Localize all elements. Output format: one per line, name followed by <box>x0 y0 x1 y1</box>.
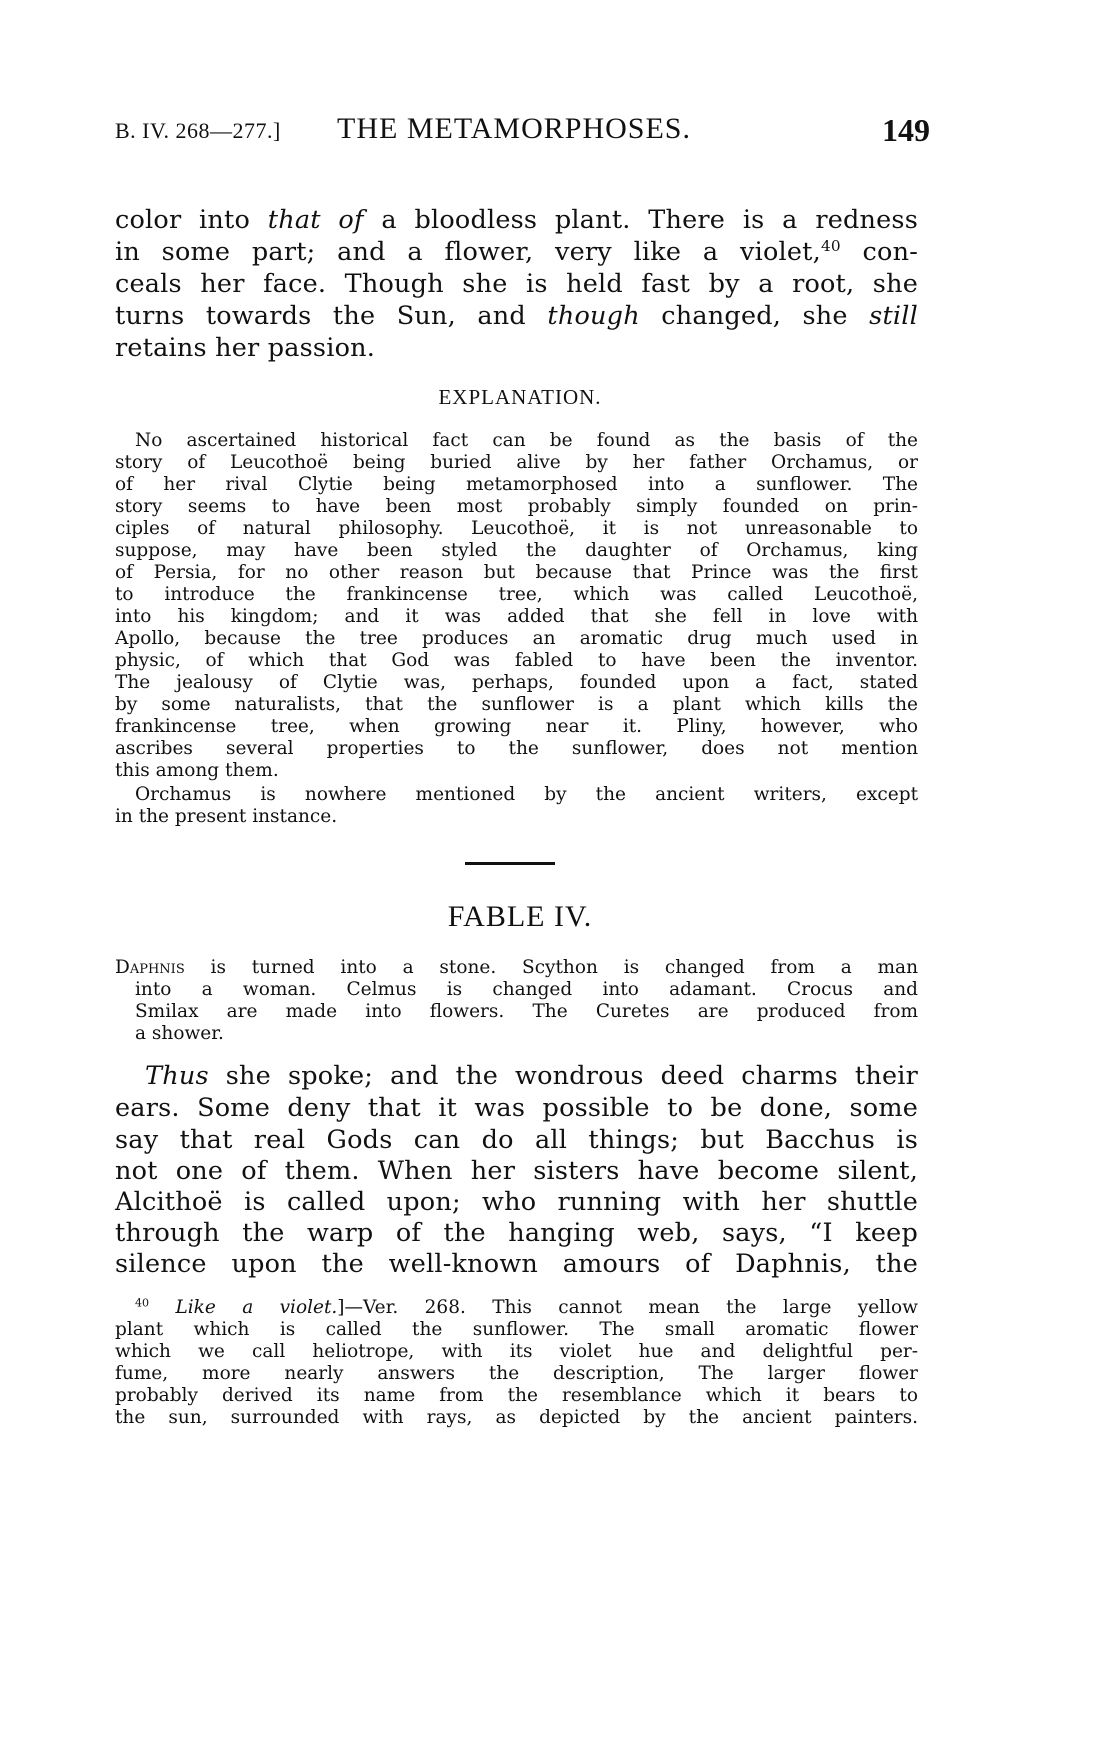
text-line: Thus she spoke; and the wondrous deed ch… <box>145 1060 918 1092</box>
text-line: through the warp of the hanging web, say… <box>115 1217 918 1249</box>
text-line: retains her passion. <box>115 332 918 364</box>
explanation-line: story of Leucothoë being buried alive by… <box>115 452 918 474</box>
explanation-line: to introduce the frankincense tree, whic… <box>115 584 918 606</box>
running-head: B. IV. 268—277.] THE METAMORPHOSES. 149 <box>115 112 930 152</box>
text-line: Alcithoë is called upon; who running wit… <box>115 1186 918 1218</box>
explanation-line: physic, of which that God was fabled to … <box>115 650 918 672</box>
explanation-line: suppose, may have been styled the daught… <box>115 540 918 562</box>
explanation-line: Orchamus is nowhere mentioned by the anc… <box>135 784 918 806</box>
explanation-line: by some naturalists, that the sunflower … <box>115 694 918 716</box>
book-line-reference: B. IV. 268—277.] <box>115 118 281 144</box>
footnote-number: 40 <box>135 1296 149 1309</box>
footnote-line: 40 Like a violet.]—Ver. 268. This cannot… <box>135 1297 918 1319</box>
book-page: B. IV. 268—277.] THE METAMORPHOSES. 149 … <box>0 0 1109 1749</box>
summary-line: a shower. <box>135 1023 918 1045</box>
summary-line: into a woman. Celmus is changed into ada… <box>135 979 918 1001</box>
footnote-reference[interactable]: 40 <box>821 237 841 255</box>
footnote-line: the sun, surrounded with rays, as depict… <box>115 1407 918 1429</box>
text-line: ears. Some deny that it was possible to … <box>115 1092 918 1124</box>
explanation-line: frankincense tree, when growing near it.… <box>115 716 918 738</box>
text-line: say that real Gods can do all things; bu… <box>115 1124 918 1156</box>
footnote-lemma: Like a violet. <box>175 1297 337 1318</box>
footnote-line: plant which is called the sunflower. The… <box>115 1319 918 1341</box>
text-line: color into that of a bloodless plant. Th… <box>115 204 918 236</box>
explanation-line: ciples of natural philosophy. Leucothoë,… <box>115 518 918 540</box>
page-number: 149 <box>882 112 930 149</box>
text-line: in some part; and a flower, very like a … <box>115 236 918 268</box>
text-line: turns towards the Sun, and though change… <box>115 300 918 332</box>
explanation-line: story seems to have been most probably s… <box>115 496 918 518</box>
explanation-line: The jealousy of Clytie was, perhaps, fou… <box>115 672 918 694</box>
explanation-line: of Persia, for no other reason but becau… <box>115 562 918 584</box>
explanation-line: in the present instance. <box>115 806 918 828</box>
explanation-line: of her rival Clytie being metamorphosed … <box>115 474 918 496</box>
explanation-line: into his kingdom; and it was added that … <box>115 606 918 628</box>
running-title: THE METAMORPHOSES. <box>337 112 691 146</box>
explanation-line: Apollo, because the tree produces an aro… <box>115 628 918 650</box>
footnote-line: probably derived its name from the resem… <box>115 1385 918 1407</box>
summary-lead-name: Daphnis <box>115 957 185 978</box>
summary-line: Daphnis is turned into a stone. Scython … <box>115 957 918 979</box>
section-divider-rule <box>465 862 555 865</box>
fable-heading: FABLE IV. <box>0 900 1040 934</box>
text-line: ceals her face. Though she is held fast … <box>115 268 918 300</box>
explanation-line: ascribes several properties to the sunfl… <box>115 738 918 760</box>
footnote-line: fume, more nearly answers the descriptio… <box>115 1363 918 1385</box>
explanation-line: No ascertained historical fact can be fo… <box>135 430 918 452</box>
text-line: not one of them. When her sisters have b… <box>115 1155 918 1187</box>
explanation-line: this among them. <box>115 760 918 782</box>
explanation-heading: EXPLANATION. <box>0 385 1040 410</box>
summary-line: Smilax are made into flowers. The Curete… <box>135 1001 918 1023</box>
text-line: silence upon the well-known amours of Da… <box>115 1248 918 1280</box>
footnote-line: which we call heliotrope, with its viole… <box>115 1341 918 1363</box>
